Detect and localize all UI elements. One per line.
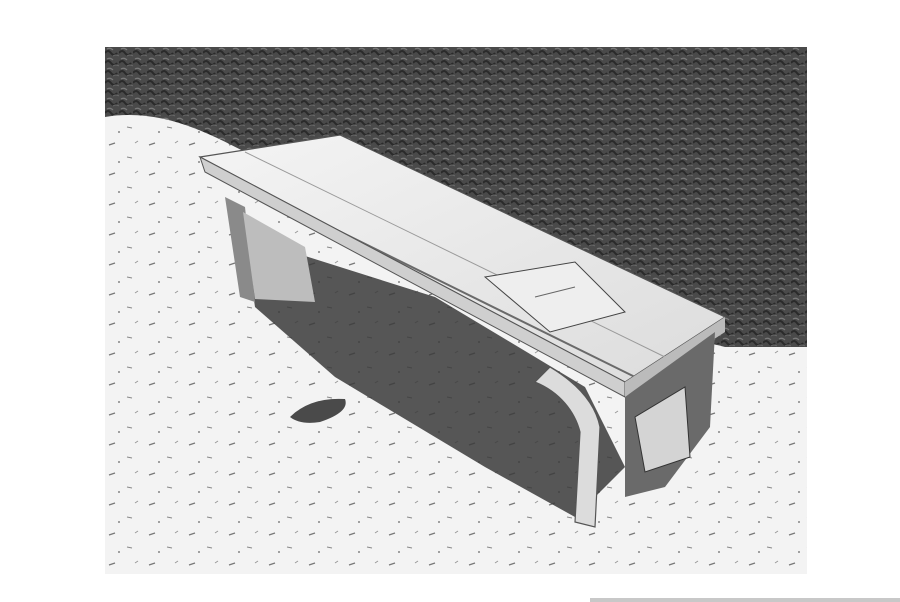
bench-photograph <box>105 47 807 574</box>
bottom-edge-bar <box>590 598 900 602</box>
bench-scene <box>105 47 807 574</box>
